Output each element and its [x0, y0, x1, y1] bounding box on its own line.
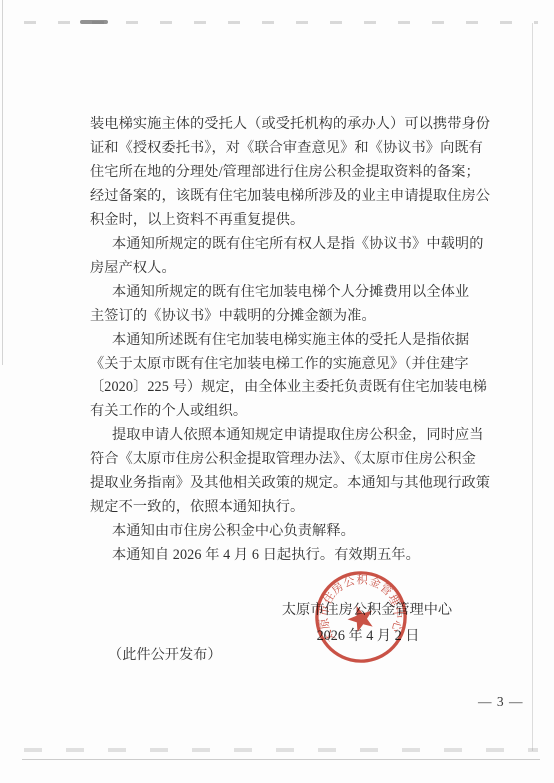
scanned-document-page: 装电梯实施主体的受托人（或受托机构的承办人）可以携带身份 证和《授权委托书》，对…	[0, 0, 554, 783]
scan-artifact-bottom-edge	[22, 759, 540, 760]
document-body: 装电梯实施主体的受托人（或受托机构的承办人）可以携带身份 证和《授权委托书》，对…	[90, 113, 488, 568]
body-line: 本通知所述既有住宅加装电梯实施主体的受托人是指依据	[90, 329, 488, 353]
body-line: 《关于太原市既有住宅加装电梯工作的实施意见》（并住建字	[90, 353, 488, 377]
body-line: 证和《授权委托书》，对《联合审查意见》和《协议书》向既有	[90, 137, 488, 161]
body-line: 房屋产权人。	[90, 257, 488, 281]
body-line: 提取业务指南》及其他相关政策的规定。本通知与其他现行政策	[90, 472, 488, 496]
body-line: 有关工作的个人或组织。	[90, 400, 488, 424]
scan-artifact-left-edge	[2, 0, 3, 365]
body-line: 本通知所规定的既有住宅所有权人是指《协议书》中载明的	[90, 233, 488, 257]
body-line: 本通知所规定的既有住宅加装电梯个人分摊费用以全体业	[90, 281, 488, 305]
scan-artifact-right-edge	[532, 23, 533, 751]
official-seal: 太原市住房公积金管理中心	[312, 568, 410, 666]
body-line: 装电梯实施主体的受托人（或受托机构的承办人）可以携带身份	[90, 113, 488, 137]
scan-artifact-bottom-smudge	[24, 748, 538, 752]
seal-arc-text: 太原市住房公积金管理中心	[312, 568, 408, 645]
body-line: 〔2020〕225 号）规定，由全体业主委托负责既有住宅加装电梯	[90, 376, 488, 400]
scan-artifact-top-blob	[80, 20, 108, 24]
body-line: 符合《太原市住房公积金提取管理办法》、《太原市住房公积金	[90, 448, 488, 472]
body-line: 本通知由市住房公积金中心负责解释。	[90, 520, 488, 544]
body-line: 规定不一致的，依照本通知执行。	[90, 496, 488, 520]
body-line: 提取申请人依照本通知规定申请提取住房公积金，同时应当	[90, 424, 488, 448]
publish-note: （此件公开发布）	[108, 644, 222, 664]
body-line: 本通知自 2026 年 4 月 6 日起执行。有效期五年。	[90, 544, 488, 568]
scan-artifact-top-smudge	[24, 21, 538, 24]
body-line: 经过备案的，该既有住宅加装电梯所涉及的业主申请提取住房公	[90, 185, 488, 209]
star-icon	[346, 604, 375, 633]
body-line: 住宅所在地的分理处/管理部进行住房公积金提取资料的备案；	[90, 161, 488, 185]
body-line: 主签订的《协议书》中载明的分摊金额为准。	[90, 305, 488, 329]
body-line: 积金时，以上资料不再重复提供。	[90, 209, 488, 233]
page-number: — 3 —	[478, 694, 524, 710]
